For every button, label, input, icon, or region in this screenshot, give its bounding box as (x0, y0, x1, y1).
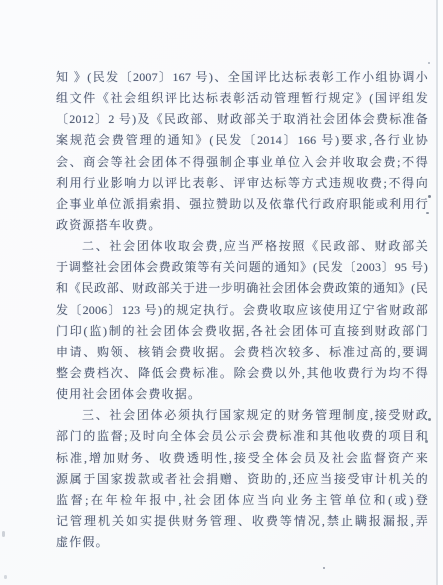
text-line: 二、社会团体收取会费,应当严格按照《民政部、财政部关 (56, 236, 428, 257)
scanned-document-page: 知 》(民发〔2007〕167 号)、全国评比达标表彰工作小组协调小 组文件《社… (0, 0, 443, 585)
scan-speck (2, 531, 5, 537)
text-line: 会、商会等社会团体不得强制企事业单位入会并收取会费;不得 (56, 152, 428, 173)
text-line: 部门的监督;及时向全体会员公示会费标准和其他收费的项目和 (56, 426, 428, 447)
text-line: 企事业单位派捐索捐、强拉赞助以及依靠代行政府职能或利用行 (56, 194, 428, 215)
document-body: 知 》(民发〔2007〕167 号)、全国评比达标表彰工作小组协调小 组文件《社… (56, 67, 428, 553)
paragraph-2: 二、社会团体收取会费,应当严格按照《民政部、财政部关 于调整社会团体会费政策等有… (56, 236, 428, 405)
scan-speck (4, 575, 7, 579)
text-line: 整会费档次、降低会费标准。除会费以外,其他收费行为均不得 (56, 363, 428, 384)
scan-speck (428, 418, 431, 421)
text-line: 门印(监)制的社会团体会费收据,各社会团体可直接到财政部门 (56, 321, 428, 342)
text-line: 发〔2006〕123 号)的规定执行。会费收取应该使用辽宁省财政部 (56, 300, 428, 321)
text-line: 于调整社会团体会费政策等有关问题的通知》(民发〔2003〕95 号) (56, 257, 428, 278)
scan-speck (323, 567, 325, 569)
scan-edge-artifact (436, 0, 438, 585)
text-line: 使用社会团体会费收据。 (56, 384, 428, 405)
text-line: 标准,增加财务、收费透明性,接受全体会员及社会监督资产来 (56, 448, 428, 469)
paragraph-3: 三、社会团体必须执行国家规定的财务管理制度,接受财政 部门的监督;及时向全体会员… (56, 405, 428, 553)
text-line: 知 》(民发〔2007〕167 号)、全国评比达标表彰工作小组协调小 (56, 67, 428, 88)
text-line: 利用行业影响力以评比表彰、评审达标等方式违规收费;不得向 (56, 173, 428, 194)
text-line: 申请、购领、核销会费收据。会费档次较多、标准过高的,要调 (56, 342, 428, 363)
text-line: 〔2012〕2 号)及《民政部、财政部关于取消社会团体会费标准备 (56, 109, 428, 130)
text-line: 源属于国家拨款或者社会捐赠、资助的,还应当接受审计机关的 (56, 469, 428, 490)
scan-margin-strip (438, 0, 443, 585)
paragraph-1: 知 》(民发〔2007〕167 号)、全国评比达标表彰工作小组协调小 组文件《社… (56, 67, 428, 236)
text-line: 组文件《社会组织评比达标表彰活动管理暂行规定》(国评组发 (56, 88, 428, 109)
text-line: 监督;在年检年报中,社会团体应当向业务主管单位和(或)登 (56, 490, 428, 511)
text-line: 三、社会团体必须执行国家规定的财务管理制度,接受财政 (56, 405, 428, 426)
scan-speck (428, 195, 431, 198)
text-line: 案规范会费管理的通知》(民发〔2014〕166 号)要求,各行业协 (56, 130, 428, 151)
text-line: 记管理机关如实提供财务管理、收费等情况,禁止瞒报漏报,弄 (56, 511, 428, 532)
text-line: 政资源搭车收费。 (56, 215, 428, 236)
scan-speck (428, 62, 430, 64)
text-line: 虚作假。 (56, 532, 428, 553)
text-line: 和《民政部、财政部关于进一步明确社会团体会费政策的通知》(民 (56, 278, 428, 299)
